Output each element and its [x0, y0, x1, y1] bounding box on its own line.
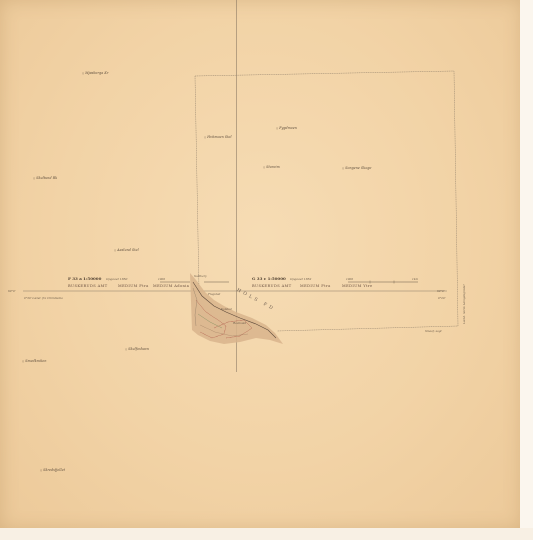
- place-label: Skultund Rk: [33, 176, 57, 180]
- sheet-title-g33: G 33 c 1:50000: [252, 276, 286, 281]
- scale-label: 1000: [346, 277, 353, 281]
- place-label: Mjøsberga Kr: [82, 71, 109, 75]
- medium2-label-f33: MEDIUM Adonia: [153, 284, 189, 288]
- place-label: Songene Skoge: [342, 166, 371, 170]
- left-margin-note: 0°30' Lænd. fra Christiania: [24, 296, 63, 300]
- district-label-g33: BUSKERUDS AMT: [252, 284, 292, 288]
- scale-label: 1km: [412, 277, 418, 281]
- place-label: Kolstad: [221, 307, 232, 311]
- district-label-f33: BUSKERUDS AMT: [68, 284, 108, 288]
- medium-label-g33: MEDIUM Ftra: [300, 284, 331, 288]
- medium2-label-g33: MEDIUM Ytre: [342, 284, 373, 288]
- map-linework: [0, 0, 533, 540]
- sheet-note-f33: Opgaaet 1850: [106, 277, 127, 281]
- place-label: Flagstad: [208, 292, 220, 296]
- place-label: Fygdmoen: [276, 126, 297, 130]
- right-margin-sub: 0°20': [438, 296, 446, 300]
- scale-label: 1000: [158, 277, 165, 281]
- place-label: Skulfoshavn: [125, 347, 149, 351]
- left-margin-coord: 60°0': [8, 289, 16, 293]
- medium-label-f33: MEDIUM Ftra: [118, 284, 149, 288]
- place-label: Aaslund Stel: [114, 248, 139, 252]
- place-label: Smedkroken: [22, 359, 47, 363]
- place-label: Hvitmoen Stel: [204, 135, 232, 139]
- right-vertical-note: Lænd. norsk Længdegrader: [462, 284, 466, 324]
- place-label: Skredsfjellet: [40, 468, 65, 472]
- sheet-note-g33: Opgaaet 1852: [290, 277, 311, 281]
- bottom-right-note: Smaaf. sagt: [425, 329, 442, 333]
- right-margin-coord: 60°0': [437, 289, 445, 293]
- place-label: Soldbery: [194, 274, 207, 278]
- place-label: Ravnvæd: [233, 321, 246, 325]
- sheet-title-f33: F 33 a 1:50000: [68, 276, 101, 281]
- place-label: Storeim: [263, 165, 280, 169]
